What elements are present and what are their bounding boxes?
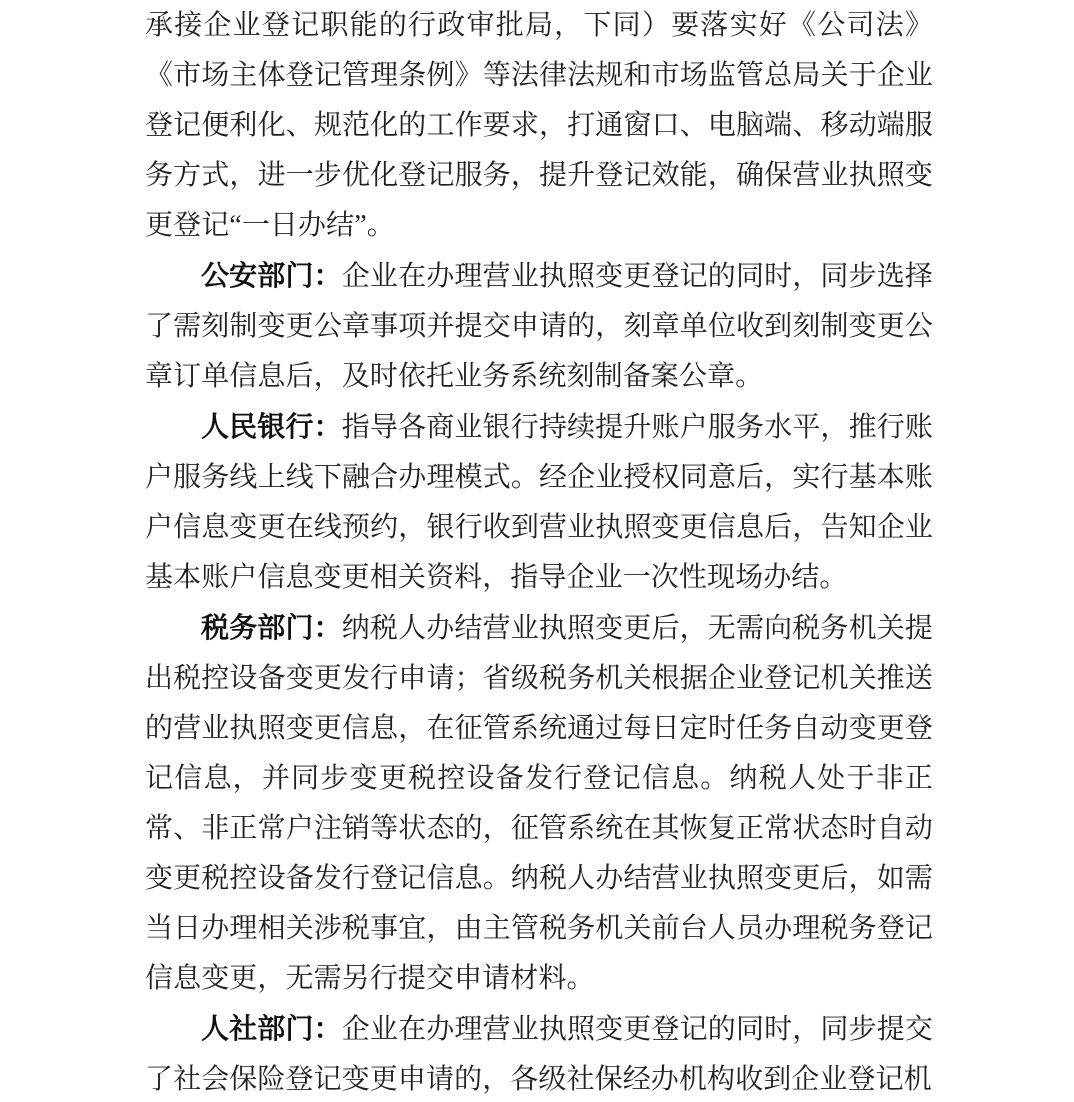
paragraph-continuation: 承接企业登记职能的行政审批局，下同）要落实好《公司法》《市场主体登记管理条例》等… [145, 0, 933, 251]
paragraph-lead: 公安部门： [201, 260, 342, 291]
paragraph-lead: 人社部门： [201, 1013, 342, 1044]
paragraph-tax-department: 税务部门：纳税人办结营业执照变更后，无需向税务机关提出税控设备变更发行申请；省级… [145, 603, 933, 1004]
document-page: 承接企业登记职能的行政审批局，下同）要落实好《公司法》《市场主体登记管理条例》等… [0, 0, 1074, 1102]
paragraph-text: 承接企业登记职能的行政审批局，下同）要落实好《公司法》《市场主体登记管理条例》等… [145, 10, 933, 241]
paragraph-public-security: 公安部门：企业在办理营业执照变更登记的同时，同步选择了需刻制变更公章事项并提交申… [145, 251, 933, 402]
document-body: 承接企业登记职能的行政审批局，下同）要落实好《公司法》《市场主体登记管理条例》等… [145, 0, 933, 1102]
paragraph-human-resources: 人社部门：企业在办理营业执照变更登记的同时，同步提交了社会保险登记变更申请的，各… [145, 1004, 933, 1102]
paragraph-lead: 人民银行： [201, 411, 342, 442]
paragraph-peoples-bank: 人民银行：指导各商业银行持续提升账户服务水平，推行账户服务线上线下融合办理模式。… [145, 402, 933, 603]
paragraph-text: 纳税人办结营业执照变更后，无需向税务机关提出税控设备变更发行申请；省级税务机关根… [145, 613, 933, 994]
paragraph-lead: 税务部门： [201, 612, 342, 643]
